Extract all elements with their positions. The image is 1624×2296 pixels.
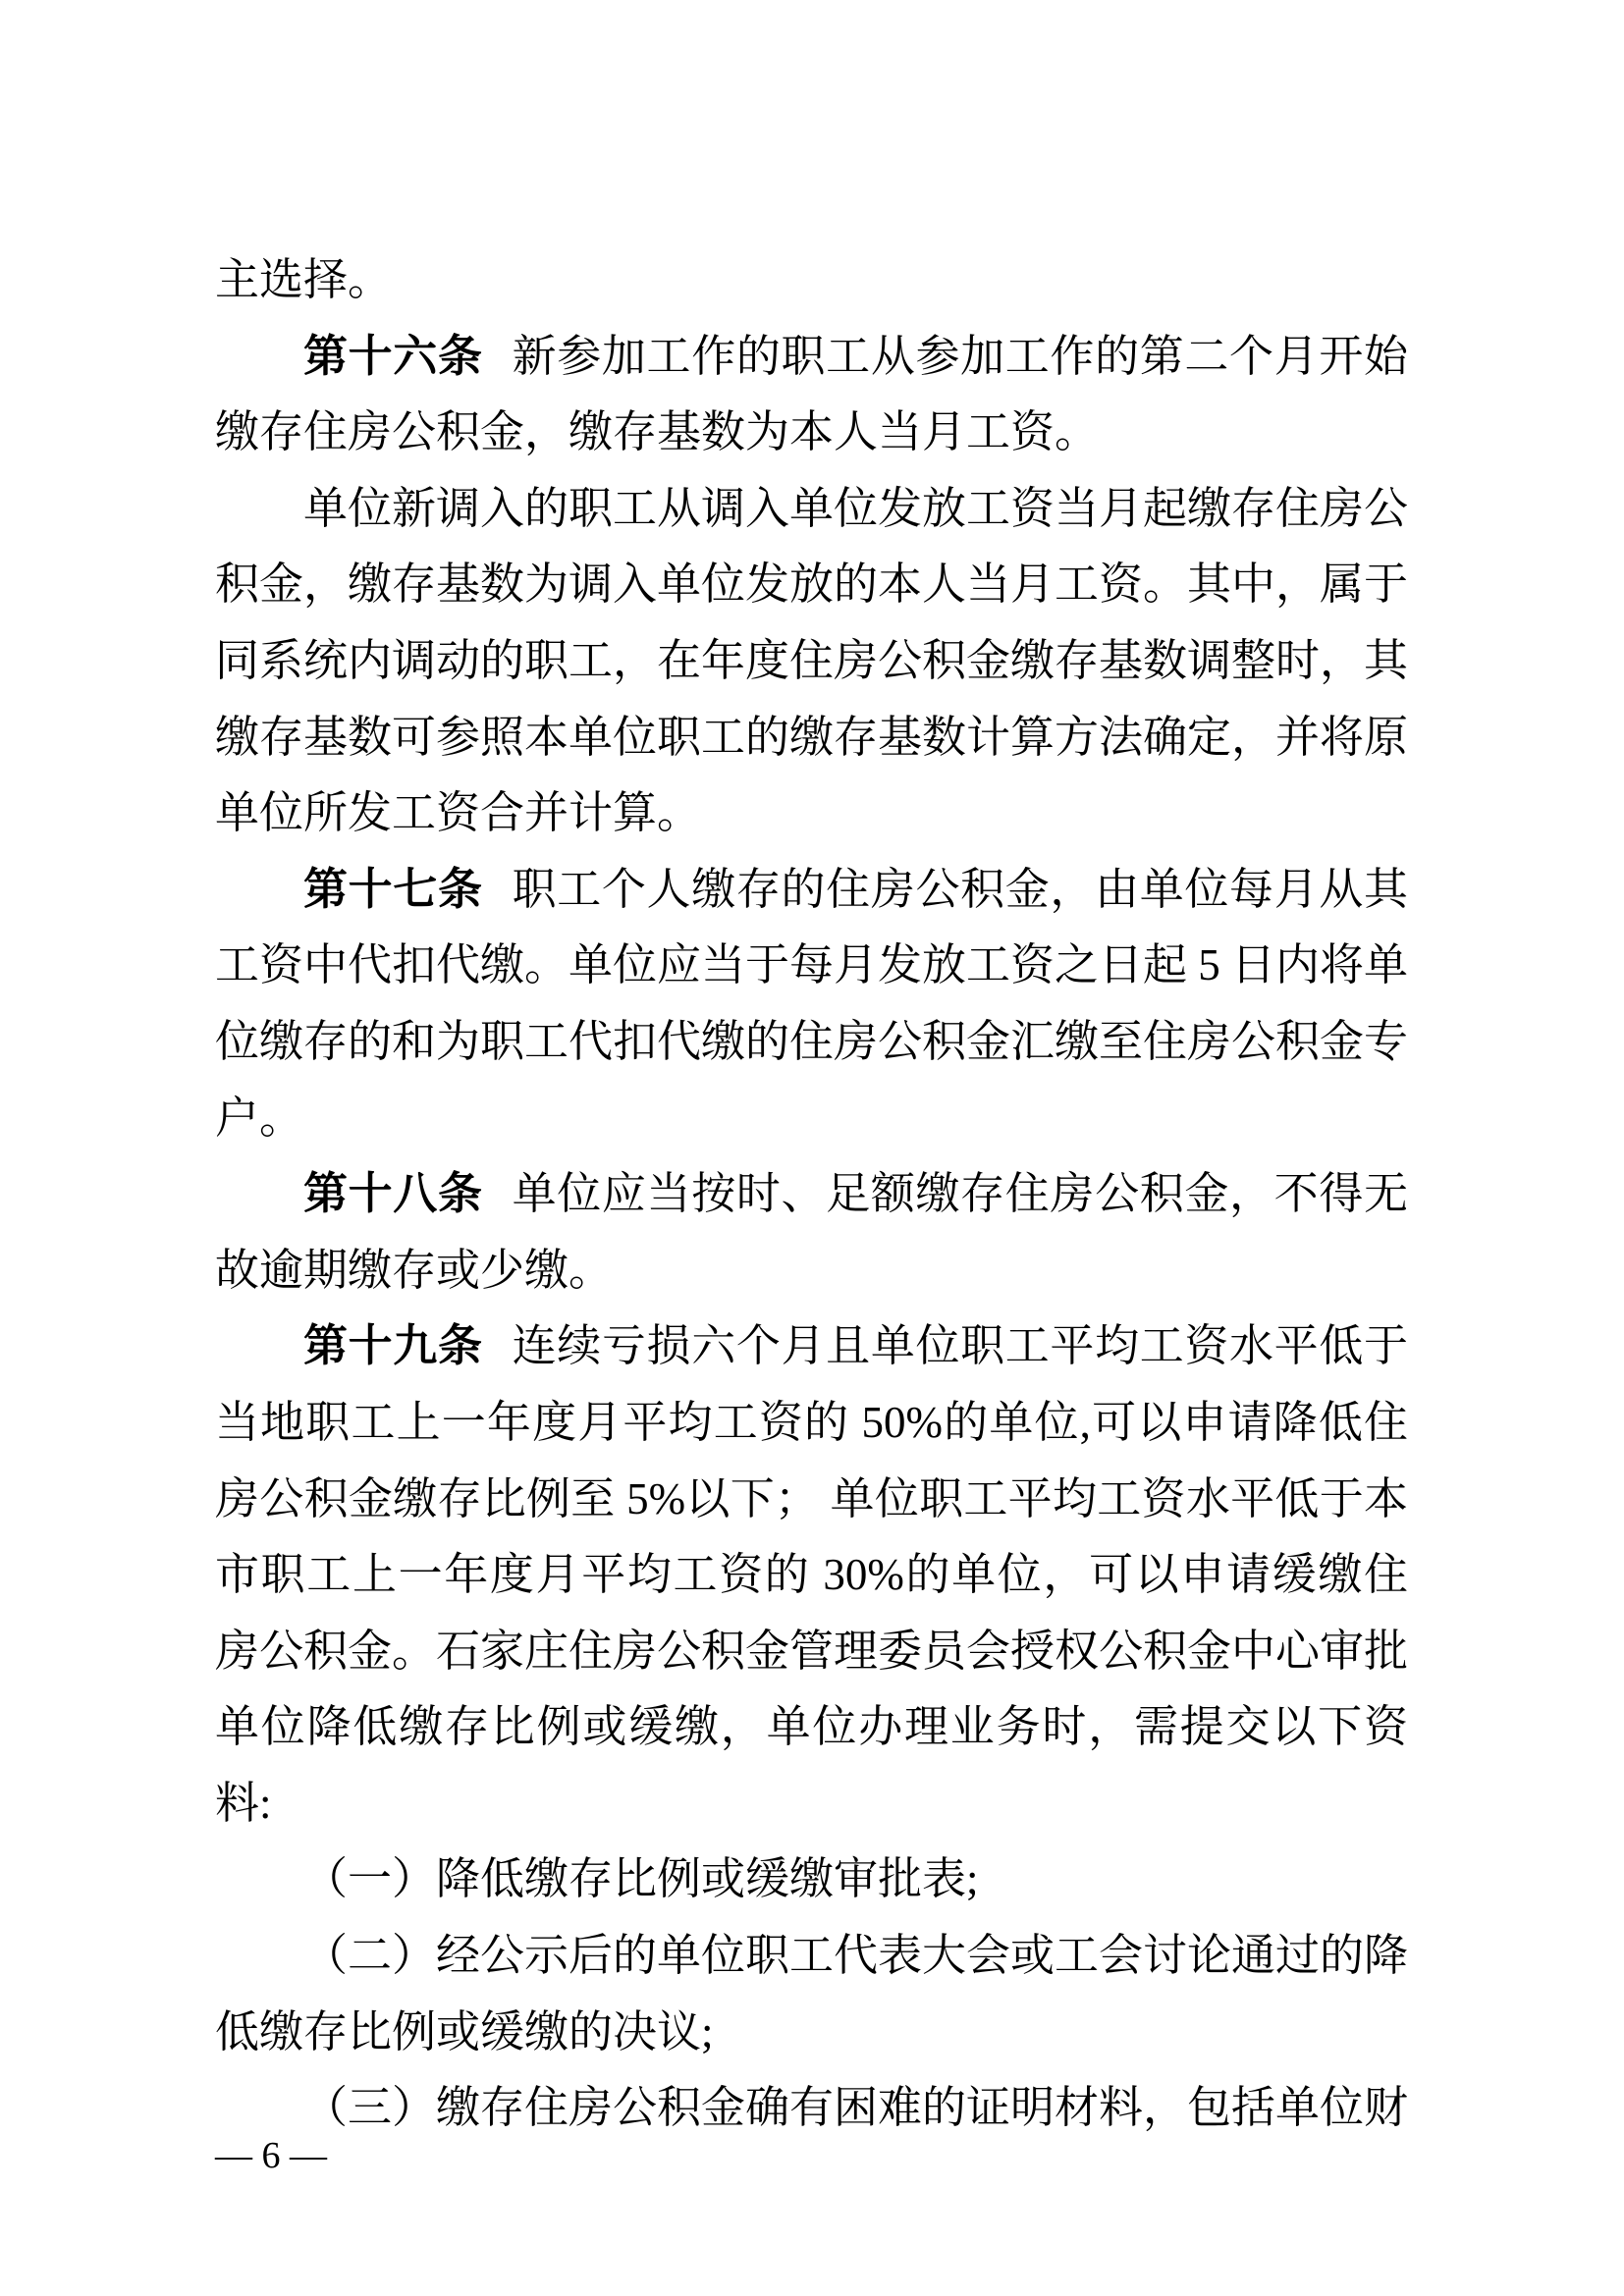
article-16-body-paragraph: 单位新调入的职工从调入单位发放工资当月起缴存住房公积金，缴存基数为调入单位发放的… xyxy=(215,471,1408,852)
document-body: 主选择。 第十六条新参加工作的职工从参加工作的第二个月开始缴存住房公积金，缴存基… xyxy=(215,242,1408,2147)
article-19-label: 第十九条 xyxy=(303,1321,483,1370)
article-16-label: 第十六条 xyxy=(303,332,483,381)
list-item-2-paragraph: （二）经公示后的单位职工代表大会或工会讨论通过的降低缴存比例或缓缴的决议; xyxy=(215,1918,1408,2070)
continuation-paragraph: 主选择。 xyxy=(215,242,1408,319)
article-16-paragraph: 第十六条新参加工作的职工从参加工作的第二个月开始缴存住房公积金，缴存基数为本人当… xyxy=(215,319,1408,471)
page-number: — 6 — xyxy=(215,2136,327,2175)
article-19-paragraph: 第十九条连续亏损六个月且单位职工平均工资水平低于当地职工上一年度月平均工资的 5… xyxy=(215,1308,1408,1842)
article-17-paragraph: 第十七条职工个人缴存的住房公积金，由单位每月从其工资中代扣代缴。单位应当于每月发… xyxy=(215,852,1408,1156)
document-page: 主选择。 第十六条新参加工作的职工从参加工作的第二个月开始缴存住房公积金，缴存基… xyxy=(0,0,1624,2296)
article-18-paragraph: 第十八条单位应当按时、足额缴存住房公积金，不得无故逾期缴存或少缴。 xyxy=(215,1156,1408,1308)
list-item-1-paragraph: （一）降低缴存比例或缓缴审批表; xyxy=(215,1842,1408,1918)
article-17-label: 第十七条 xyxy=(303,865,483,914)
list-item-3-paragraph: （三）缴存住房公积金确有困难的证明材料，包括单位财 xyxy=(215,2070,1408,2147)
article-19-text: 连续亏损六个月且单位职工平均工资水平低于当地职工上一年度月平均工资的 50%的单… xyxy=(215,1321,1408,1828)
article-18-label: 第十八条 xyxy=(303,1169,483,1218)
